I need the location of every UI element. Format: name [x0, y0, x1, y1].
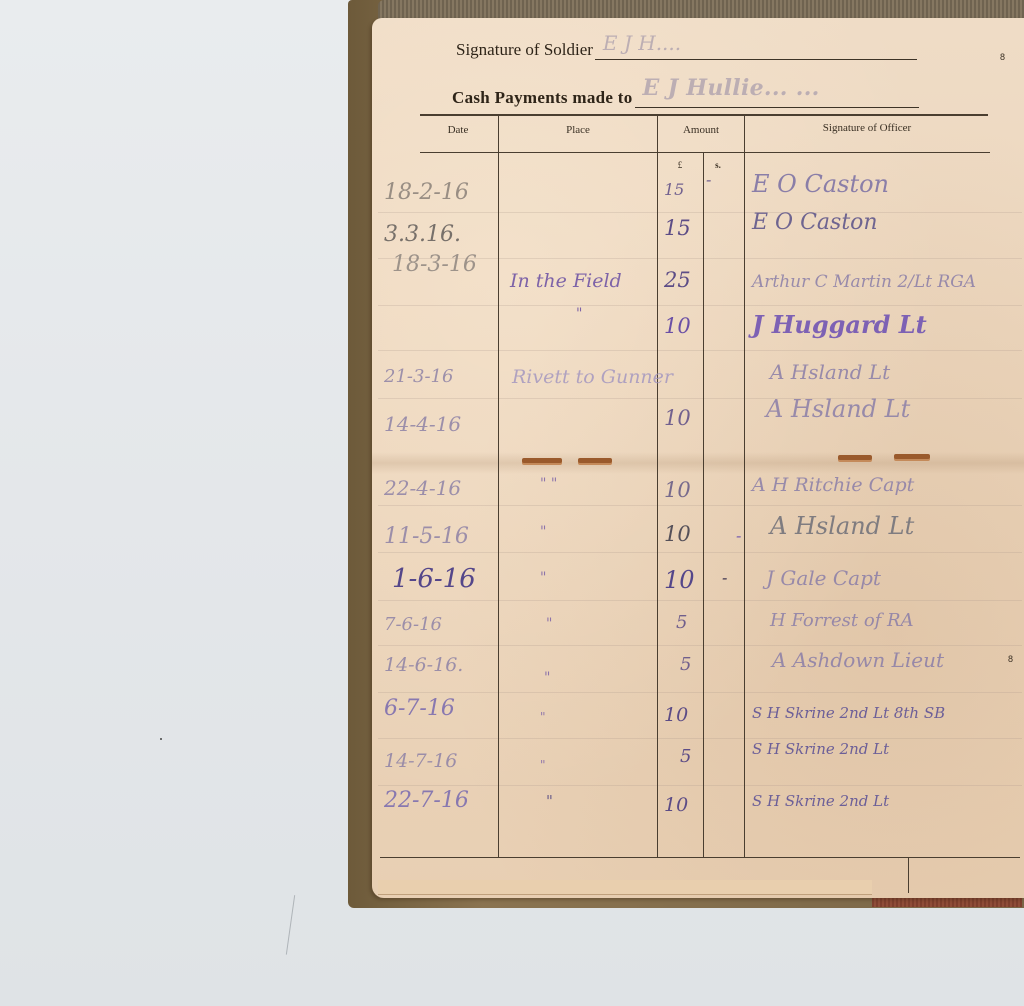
- row-place: In the Field: [510, 270, 622, 292]
- footer-divider: [908, 857, 909, 893]
- row-date: 22-7-16: [384, 788, 469, 813]
- row-pounds: 10: [664, 406, 691, 430]
- row-place: ": [546, 792, 553, 810]
- row-shillings: -: [722, 568, 727, 587]
- row-officer-signature: E O Caston: [752, 210, 878, 235]
- row-pounds: 10: [664, 566, 695, 594]
- row-officer-signature: E O Caston: [752, 170, 889, 198]
- row-place: ": [540, 570, 546, 586]
- staple-right-b: [894, 454, 930, 459]
- row-pounds: 15: [664, 180, 684, 199]
- row-pounds: 10: [664, 478, 691, 502]
- header-shillings: s.: [708, 160, 728, 170]
- row-officer-signature: J Gale Capt: [766, 566, 881, 590]
- cash-payments-label: Cash Payments made to: [452, 88, 633, 108]
- row-officer-signature: A Hsland Lt: [770, 360, 890, 384]
- row-pounds: 25: [664, 268, 691, 292]
- row-place: ": [544, 670, 550, 686]
- page-marker-mid: 8: [1008, 654, 1013, 664]
- ruled-line: [378, 505, 1022, 506]
- row-date: 18-2-16: [384, 180, 469, 205]
- row-shillings: -: [736, 526, 741, 545]
- row-officer-signature: A H Ritchie Capt: [752, 474, 914, 496]
- soldier-signature-handwriting: E J H....: [603, 31, 681, 55]
- ruled-line: [378, 785, 1022, 786]
- row-officer-signature: A Hsland Lt: [770, 512, 914, 540]
- row-place: ": [540, 758, 546, 772]
- staple-left-a: [522, 458, 562, 463]
- row-date: 21-3-16: [384, 366, 453, 387]
- header-amount: Amount: [658, 124, 744, 136]
- row-pounds: 10: [664, 794, 688, 816]
- row-pounds: 10: [664, 704, 688, 726]
- header-pounds: £: [670, 160, 690, 170]
- row-pounds: 5: [680, 654, 691, 675]
- row-date: 6-7-16: [384, 696, 455, 721]
- ruled-line: [378, 305, 1022, 306]
- ruled-line: [378, 692, 1022, 693]
- row-officer-signature: A Ashdown Lieut: [772, 648, 944, 672]
- row-date: 14-4-16: [384, 412, 461, 436]
- row-place: ": [576, 306, 582, 322]
- row-shillings: -: [706, 170, 711, 189]
- column-divider-amount: [744, 116, 745, 857]
- row-pounds: 5: [676, 612, 687, 633]
- row-place: Rivett to Gunner: [512, 366, 673, 388]
- column-divider-date: [498, 116, 499, 857]
- row-date: 7-6-16: [384, 614, 442, 635]
- row-place: ": [540, 524, 546, 540]
- header-place: Place: [500, 124, 656, 136]
- row-officer-signature: J Huggard Lt: [752, 310, 927, 339]
- cash-payments-field: E J Hullie... ...: [635, 89, 919, 108]
- row-officer-signature: H Forrest of RA: [770, 610, 914, 631]
- ruled-line: [378, 398, 1022, 399]
- row-pounds: 5: [680, 746, 691, 767]
- row-officer-signature: A Hsland Lt: [766, 395, 910, 423]
- scan-speck: [160, 738, 162, 740]
- row-date: 11-5-16: [384, 524, 469, 549]
- row-pounds: 10: [664, 522, 691, 546]
- row-place: ": [540, 710, 546, 724]
- ruled-line: [378, 552, 1022, 553]
- row-date: 22-4-16: [384, 476, 461, 500]
- row-pounds: 15: [664, 216, 691, 240]
- table-bottom-rule: [380, 857, 1020, 858]
- signature-of-soldier-label: Signature of Soldier: [456, 40, 593, 60]
- column-divider-place: [657, 116, 658, 857]
- signature-of-soldier: Signature of Soldier E J H....: [456, 40, 917, 60]
- page-marker: 8: [1000, 52, 1005, 62]
- row-date: 14-7-16: [384, 750, 457, 772]
- cash-payments-handwriting: E J Hullie... ...: [643, 75, 820, 101]
- row-date: 18-3-16: [392, 252, 477, 277]
- cash-payments-made-to: Cash Payments made to E J Hullie... ...: [452, 88, 919, 108]
- scan-hair: [286, 895, 297, 955]
- row-place: " ": [540, 476, 557, 492]
- ruled-line: [378, 350, 1022, 351]
- row-officer-signature: S H Skrine 2nd Lt: [752, 792, 889, 810]
- row-date: 1-6-16: [392, 564, 476, 594]
- staple-left-b: [578, 458, 612, 463]
- row-officer-signature: S H Skrine 2nd Lt 8th SB: [752, 704, 945, 722]
- row-date: 3.3.16.: [384, 222, 461, 247]
- ruled-line: [378, 600, 1022, 601]
- row-place: ": [546, 616, 552, 632]
- ruled-line: [378, 212, 1022, 213]
- table-header-rule: [420, 152, 990, 153]
- header-date: Date: [430, 124, 486, 136]
- column-divider-pounds: [703, 152, 704, 857]
- signature-of-soldier-field: E J H....: [595, 41, 917, 60]
- table-top-rule: [420, 114, 988, 116]
- ruled-line: [378, 738, 1022, 739]
- header-signature-of-officer: Signature of Officer: [745, 122, 989, 134]
- row-officer-signature: S H Skrine 2nd Lt: [752, 740, 889, 758]
- staple-right-a: [838, 455, 872, 460]
- ruled-line: [378, 645, 1022, 646]
- row-officer-signature: Arthur C Martin 2/Lt RGA: [752, 272, 976, 292]
- page-lower-edge: [378, 880, 872, 895]
- row-pounds: 10: [664, 314, 691, 338]
- row-date: 14-6-16.: [384, 654, 463, 676]
